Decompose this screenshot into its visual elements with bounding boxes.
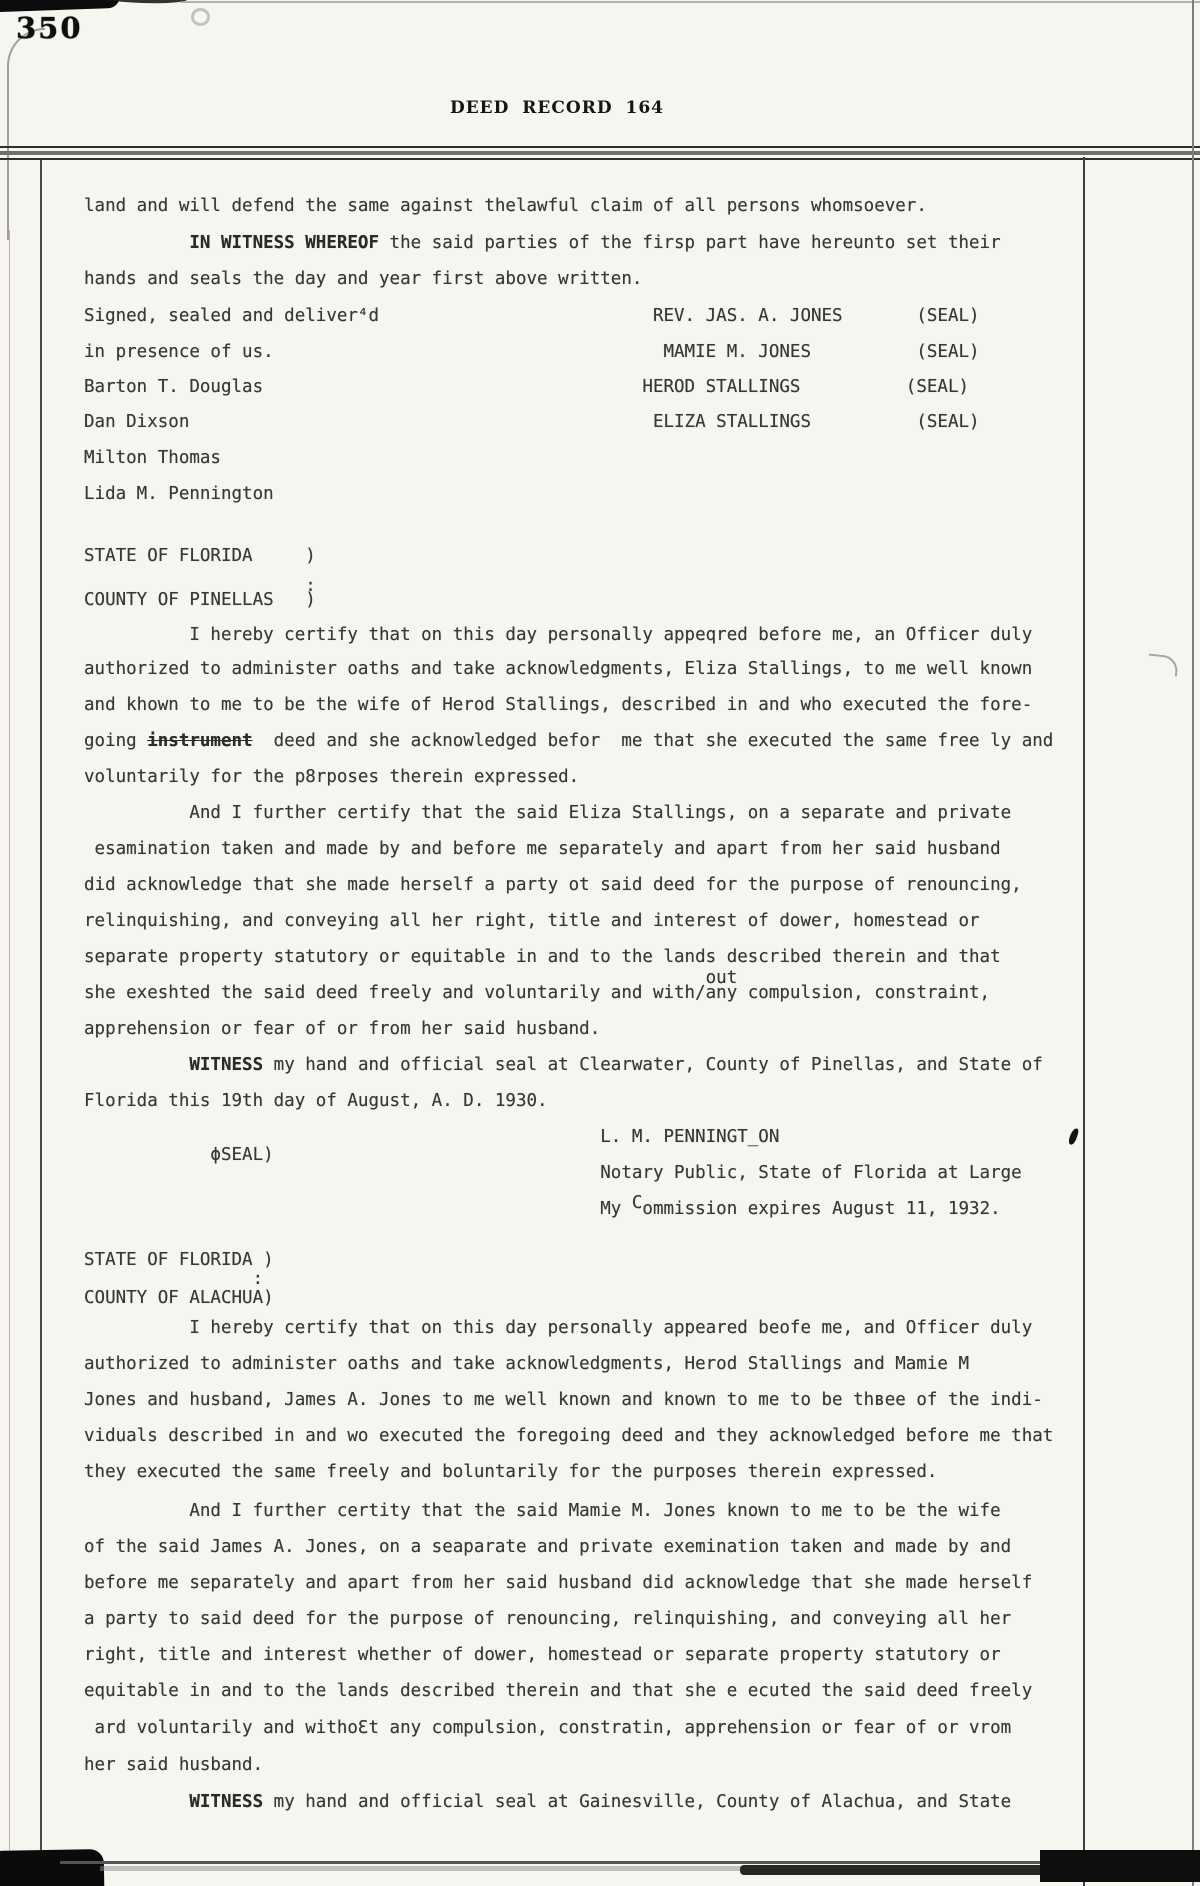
document-line: And I further certify that the said Eliz… [84,802,1011,824]
document-line: relinquishing, and conveying all her rig… [84,910,980,932]
ink-tick-mark [1068,1127,1079,1145]
scan-artifact-hook [1147,653,1179,676]
scan-artifact-ring-stain [191,8,210,26]
document-line: esamination taken and made by and before… [84,838,1001,860]
header-rule-top [0,146,1200,148]
page-left-edge-line [9,230,10,1850]
document-line: apprehension or fear of or from her said… [84,1018,600,1040]
document-line: Florida this 19th day of August, A. D. 1… [84,1090,548,1112]
document-line: ard voluntarily and withoƐt any compulsi… [84,1717,1011,1739]
document-line: and khown to me to be the wife of Herod … [84,694,1032,716]
document-line: COUNTY OF ALACHUA) [84,1287,274,1309]
header-rule-thick [0,151,1200,155]
deed-record-page: 350 DEED RECORD 164 land and will defend… [0,0,1200,1886]
document-line: Milton Thomas [84,447,221,469]
document-line: viduals described in and wo executed the… [84,1425,1053,1447]
scan-artifact-bottom-band [740,1865,1070,1875]
header-rule-bottom [0,158,1200,160]
document-line: did acknowledge that she made herself a … [84,874,1022,896]
document-line: authorized to administer oaths and take … [84,1353,969,1375]
page-number: 350 [16,14,83,43]
document-line: right, title and interest whether of dow… [84,1644,1001,1666]
document-line: authorized to administer oaths and take … [84,658,1032,680]
page-header-title: DEED RECORD 164 [450,100,664,117]
scan-artifact-top-edge [180,1,1200,3]
document-line: WITNESS my hand and official seal at Gai… [84,1791,1011,1813]
page-right-edge-line [1192,0,1194,1886]
left-margin-rule [40,160,42,1856]
document-line: equitable in and to the lands described … [84,1680,1032,1702]
document-line: COUNTY OF PINELLAS ) [84,589,316,611]
document-line: And I further certity that the said Mami… [84,1500,1001,1522]
document-line: Jones and husband, James A. Jones to me … [84,1389,1043,1411]
document-line: before me separately and apart from her … [84,1572,1032,1594]
document-line: My Commission expires August 11, 1932. [84,1198,1001,1220]
document-line: Notary Public, State of Florida at Large [84,1162,1022,1184]
right-margin-rule [1083,157,1085,1886]
document-line: hands and seals the day and year first a… [84,268,642,290]
document-line: Barton T. Douglas HEROD STALLINGS (SEAL) [84,376,969,398]
document-line: Dan Dixson ELIZA STALLINGS (SEAL) [84,411,980,433]
scan-artifact-bottom-right [1040,1850,1200,1882]
document-line: WITNESS my hand and official seal at Cle… [84,1054,1043,1076]
document-line: separate property statutory or equitable… [84,946,1001,968]
document-line: STATE OF FLORIDA ) [84,545,316,567]
scan-artifact-bottom-left [0,1849,104,1886]
document-line: IN WITNESS WHEREOF the said parties of t… [84,232,1001,254]
document-line: she exeshted the said deed freely and vo… [84,982,990,1004]
document-line: Signed, sealed and deliver⁴d REV. JAS. A… [84,305,980,327]
document-line: Lida M. Pennington [84,483,274,505]
document-line: her said husband. [84,1754,263,1776]
document-line: voluntarily for the p8rposes therein exp… [84,766,579,788]
document-line: land and will defend the same against th… [84,195,927,217]
document-line: in presence of us. MAMIE M. JONES (SEAL) [84,341,980,363]
document-line: of the said James A. Jones, on a seapara… [84,1536,1011,1558]
document-line: a party to said deed for the purpose of … [84,1608,1011,1630]
document-line: I hereby certify that on this day person… [84,1317,1032,1339]
document-line: they executed the same freely and bolunt… [84,1461,937,1483]
document-line: I hereby certify that on this day person… [84,624,1032,646]
scan-artifact-bottom-line [60,1861,1200,1864]
document-line: going instrument deed and she acknowledg… [84,730,1053,752]
scan-artifact-bottom-smear [100,1866,760,1871]
